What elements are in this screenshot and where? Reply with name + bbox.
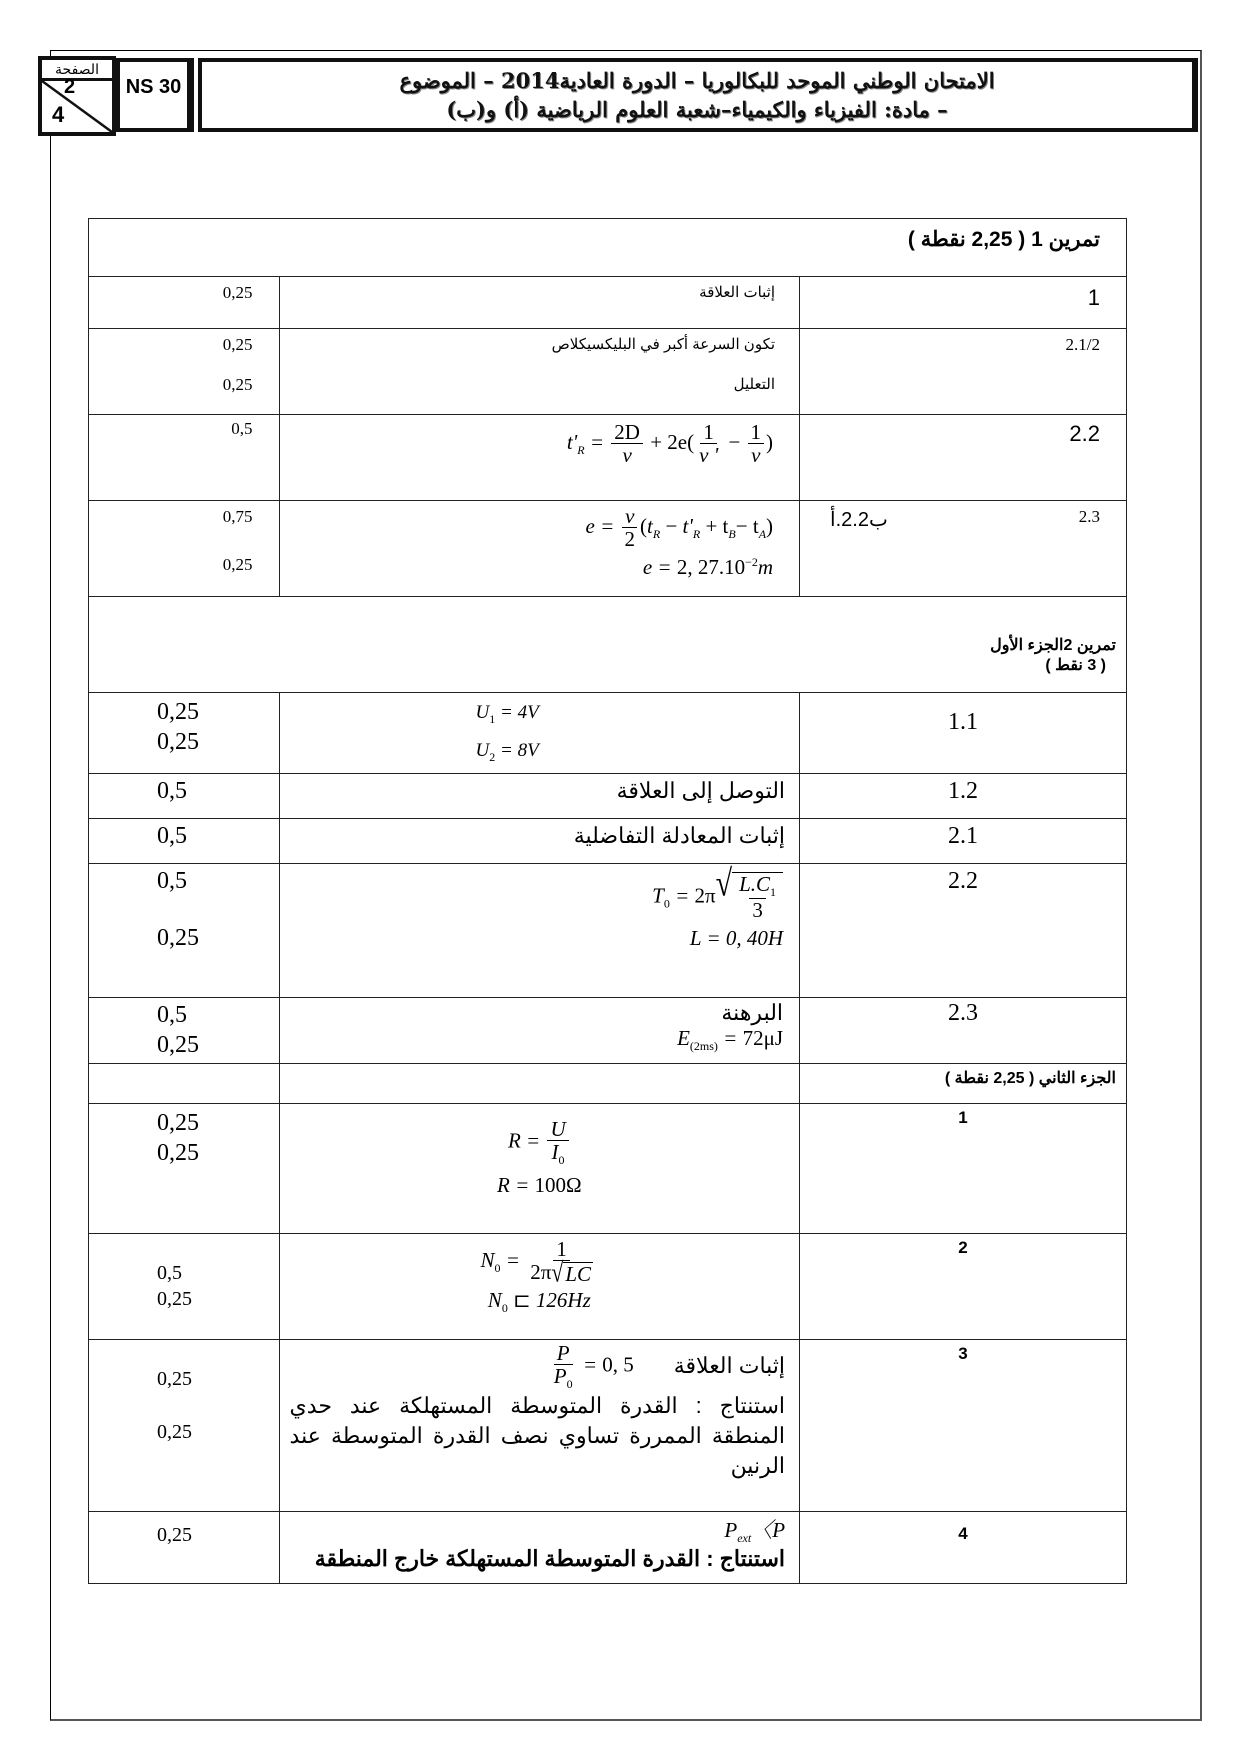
points: 0,25 — [157, 1421, 253, 1444]
points: 0,75 — [89, 507, 253, 527]
formula: T0 = 2π√L.C13 — [280, 872, 783, 923]
answer-text: البرهنة — [280, 1000, 783, 1026]
table-row: 0,5 التوصل إلى العلاقة 1.2 — [89, 773, 1127, 818]
page-number-box: الصفحة 2 4 — [38, 56, 116, 136]
points: 0,25 — [157, 1108, 279, 1138]
table-row: 0,75 0,25 e = v2(tR − t'R + tB− tA) e = … — [89, 501, 1127, 597]
question-number: 2.1 — [948, 823, 978, 849]
answer-text: إثبات العلاقة — [674, 1353, 785, 1379]
question-number: 2 — [958, 1238, 967, 1257]
answer-text: التعليل — [280, 375, 775, 393]
question-number: 2.2 — [1069, 421, 1100, 446]
points: 0,25 — [157, 925, 279, 952]
exercise1-title: تمرين 1 ( 2,25 نقطة ) — [908, 228, 1100, 251]
formula-result: N0 ⊏ 126Hz — [280, 1288, 799, 1316]
points: 0,25 — [89, 335, 253, 355]
table-row: 0,25 0,25 R = UI0 R = 100Ω 1 — [89, 1103, 1127, 1233]
part2-title-row: الجزء الثاني ( 2,25 نقطة ) — [89, 1063, 1127, 1103]
points: 0,25 — [89, 375, 253, 395]
answer-text: إثبات العلاقة — [699, 284, 775, 301]
points: 0,5 — [157, 778, 187, 804]
page-total: 4 — [52, 102, 64, 128]
question-number: 2.3 — [948, 1000, 978, 1026]
points: 0,25 — [157, 1030, 279, 1060]
formula-result: e = 2, 27.10−2m — [280, 555, 773, 580]
table-row: 0,5 0,25 N0 = 12π√LC N0 ⊏ 126Hz 2 — [89, 1233, 1127, 1339]
points: 0,25 — [157, 1524, 192, 1546]
points: 0,25 — [89, 555, 253, 575]
question-number: 1.1 — [948, 709, 978, 735]
exam-title-line1: الامتحان الوطني الموحد للبكالوريا – الدو… — [202, 68, 1192, 93]
table-row: 0,25 Pext〈P استنتاج : القدرة المتوسطة ال… — [89, 1511, 1127, 1583]
table-row: 0,5 0,25 البرهنة E(2ms) = 72μJ 2.3 — [89, 997, 1127, 1063]
formula-result: L = 0, 40H — [280, 926, 783, 951]
question-number: 2.3 — [1079, 507, 1100, 532]
table-row: 0,25 0,25 تكون السرعة أكبر في البليكسيكل… — [89, 329, 1127, 415]
exam-title-line2: – مادة: الفيزياء والكيمياء–شعبة العلوم ا… — [202, 97, 1192, 122]
points: 0,25 — [157, 1368, 253, 1391]
formula: R = UI0 — [280, 1118, 799, 1167]
table-row: 0,25 إثبات العلاقة 1 — [89, 277, 1127, 329]
exercise2-title-row: تمرين 2الجزء الأول ( 3 نقط ) — [89, 597, 1127, 693]
question-number: 4 — [958, 1524, 967, 1543]
page-label: الصفحة — [42, 60, 112, 81]
question-number: 1 — [1088, 285, 1100, 310]
exercise1-title-row: تمرين 1 ( 2,25 نقطة ) — [89, 219, 1127, 277]
table-row: 0,5 t'R = 2Dv + 2e(1v ' − 1v) 2.2 — [89, 415, 1127, 501]
question-number: 2.1/2 — [1066, 335, 1100, 354]
question-number: 1 — [958, 1108, 967, 1127]
points: 0,5 — [157, 1260, 253, 1286]
formula: Pext〈P — [280, 1514, 785, 1546]
formula: PP0 = 0, 5 — [549, 1342, 634, 1391]
page-current: 2 — [64, 76, 75, 99]
points: 0,5 — [157, 1000, 279, 1030]
answer-text: تكون السرعة أكبر في البليكسيكلاص — [280, 335, 775, 353]
exercise2-title: تمرين 2الجزء الأول — [89, 635, 1116, 655]
table-row: 0,5 إثبات المعادلة التفاضلية 2.1 — [89, 818, 1127, 863]
points: 0,5 — [231, 419, 252, 438]
conclusion-text: استنتاج : القدرة المتوسطة المستهلكة خارج… — [280, 1546, 785, 1572]
points: 0,25 — [157, 697, 279, 727]
points: 0,5 — [157, 823, 187, 849]
formula-result: R = 100Ω — [280, 1173, 799, 1198]
points: 0,25 — [223, 283, 253, 302]
points: 0,25 — [157, 1138, 279, 1168]
question-subparts: ب2.2.أ — [830, 507, 888, 532]
formula: e = v2(tR − t'R + tB− tA) — [280, 505, 773, 551]
question-number: 1.2 — [948, 778, 978, 804]
answer-text: التوصل إلى العلاقة — [617, 778, 785, 803]
table-row: 0,25 0,25 إثبات العلاقة PP0 = 0, 5 استنت… — [89, 1339, 1127, 1511]
formula: t'R = 2Dv + 2e(1v ' − 1v) — [567, 430, 773, 454]
formula: U1 = 4V — [476, 697, 799, 735]
grading-table: تمرين 1 ( 2,25 نقطة ) 0,25 إثبات العلاقة… — [88, 218, 1127, 1584]
points: 0,25 — [157, 1286, 253, 1312]
conclusion-text: استنتاج : القدرة المتوسطة المستهلكة عند … — [290, 1391, 785, 1481]
table-row: 0,5 0,25 T0 = 2π√L.C13 L = 0, 40H 2.2 — [89, 863, 1127, 997]
exercise2-points: ( 3 نقط ) — [89, 655, 1116, 675]
question-number: 2.2 — [948, 868, 978, 894]
exam-title: الامتحان الوطني الموحد للبكالوريا – الدو… — [198, 58, 1198, 132]
formula: E(2ms) = 72μJ — [280, 1026, 783, 1054]
part2-title: الجزء الثاني ( 2,25 نقطة ) — [945, 1070, 1116, 1087]
table-row: 0,25 0,25 U1 = 4V U2 = 8V 1.1 — [89, 693, 1127, 774]
points: 0,5 — [157, 868, 279, 895]
formula: U2 = 8V — [476, 735, 799, 773]
exam-code: NS 30 — [116, 58, 194, 132]
points: 0,25 — [157, 727, 279, 757]
formula: N0 = 12π√LC — [280, 1238, 799, 1286]
answer-text: إثبات المعادلة التفاضلية — [574, 823, 785, 848]
question-number: 3 — [958, 1344, 967, 1363]
